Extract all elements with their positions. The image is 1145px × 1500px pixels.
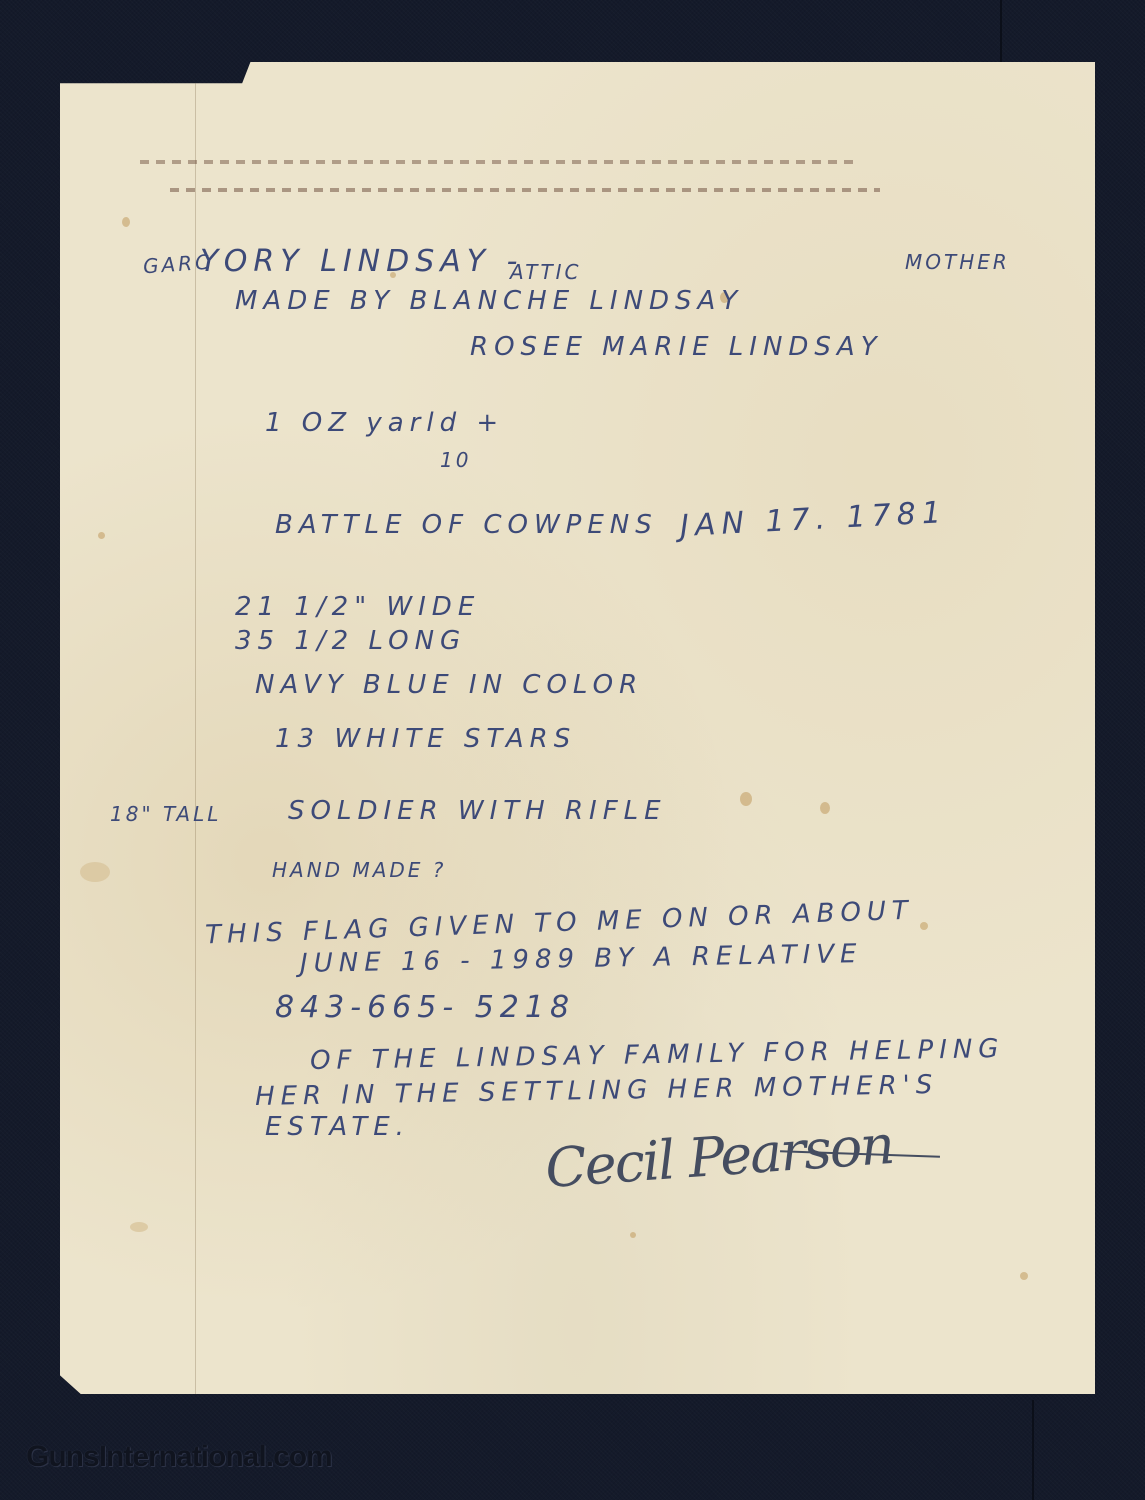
paper-stain [630, 1232, 636, 1238]
paper-stain [122, 217, 130, 227]
note-header-attic: ATTIC [510, 260, 582, 284]
note-color: NAVY BLUE IN COLOR [255, 670, 643, 700]
watermark: GunsInternational.com [26, 1440, 332, 1474]
note-family-line-3: ESTATE. [265, 1112, 410, 1142]
paper-fold-line [195, 82, 196, 1394]
paper-stain [80, 862, 110, 882]
note-battle-date: JAN 17. 1781 [679, 495, 947, 544]
note-length: 35 1/2 LONG [235, 626, 466, 656]
note-stars: 13 WHITE STARS [275, 724, 576, 754]
note-phone: 843-665- 5218 [275, 990, 575, 1025]
paper-stain [1020, 1272, 1028, 1280]
paper-stain [740, 792, 752, 806]
backboard-seam [1000, 0, 1002, 70]
note-battle: BATTLE OF COWPENS [275, 510, 658, 540]
faded-typed-line [140, 160, 860, 164]
paper-stain [130, 1222, 148, 1232]
note-width: 21 1/2" WIDE [235, 592, 480, 622]
note-yards-sub: 10 [440, 448, 471, 472]
note-header-mother: MOTHER [905, 250, 1010, 274]
note-figure-height: 18" TALL [110, 802, 221, 826]
note-yards: 1 OZ yarld + [265, 408, 504, 438]
note-given-line-2: JUNE 16 - 1989 BY A RELATIVE [300, 939, 863, 979]
paper-stain [920, 922, 928, 930]
faded-typed-line [170, 188, 880, 192]
paper-stain [98, 532, 105, 539]
note-rose-marie: ROSEE MARIE LINDSAY [470, 332, 883, 362]
backboard-seam [1032, 1400, 1034, 1500]
note-figure: SOLDIER WITH RIFLE [288, 796, 667, 826]
paper-stain [820, 802, 830, 814]
note-made-by: MADE BY BLANCHE LINDSAY [235, 286, 743, 316]
note-header-name: YORY LINDSAY - [200, 244, 523, 279]
note-hand-made: HAND MADE ? [272, 858, 446, 882]
note-family-line-2: HER IN THE SETTLING HER MOTHER'S [255, 1070, 939, 1112]
